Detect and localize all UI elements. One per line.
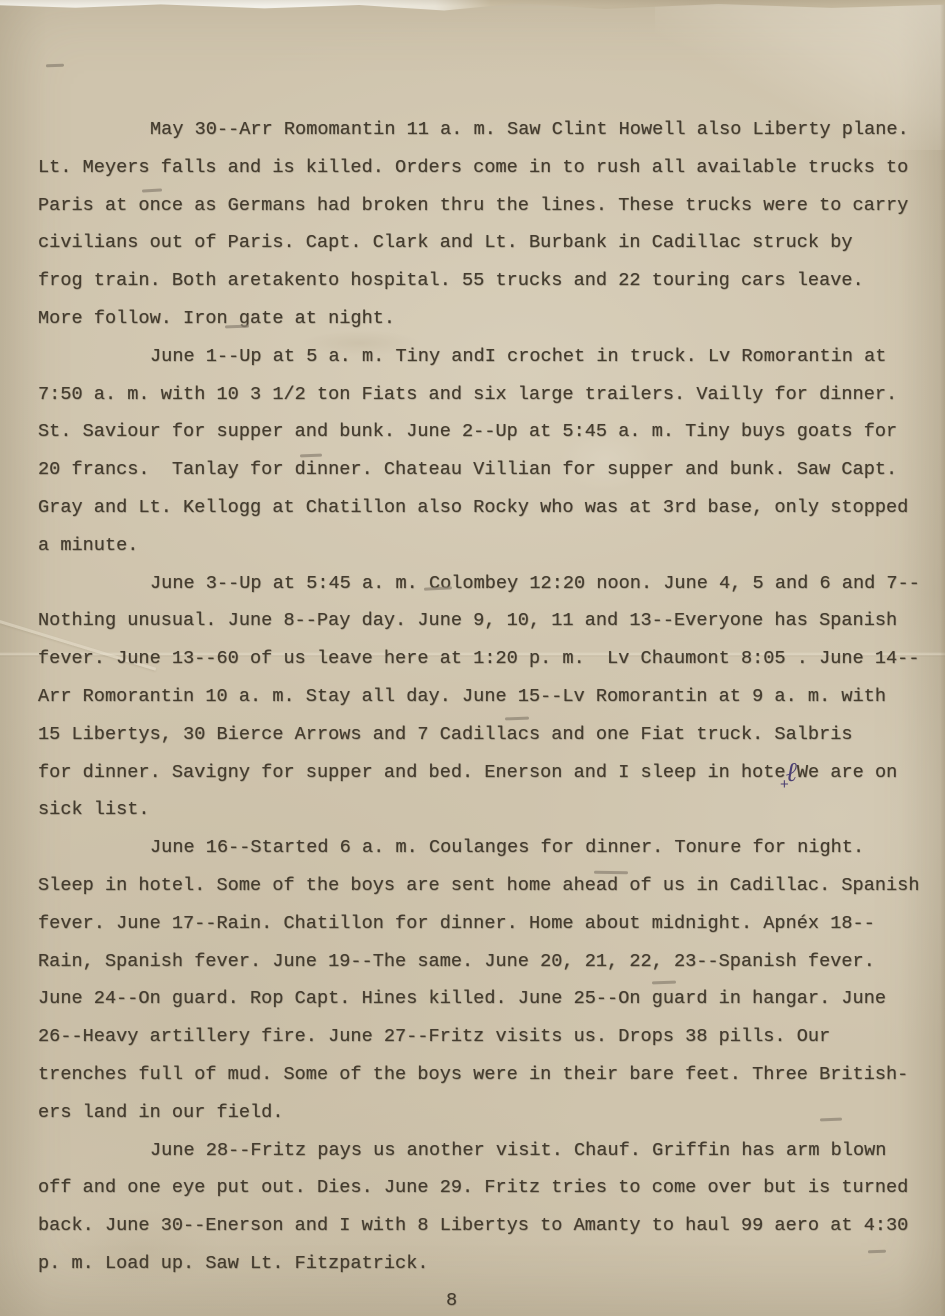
text-line: civilians out of Paris. Capt. Clark and … bbox=[38, 224, 928, 262]
pencil-mark bbox=[594, 871, 628, 875]
text-line: June 3--Up at 5:45 a. m. Colombey 12:20 … bbox=[38, 565, 928, 603]
text-line: June 24--On guard. Rop Capt. Hines kille… bbox=[38, 980, 928, 1018]
scanned-page: May 30--Arr Romomantin 11 a. m. Saw Clin… bbox=[0, 0, 945, 1316]
text-line: Rain, Spanish fever. June 19--The same. … bbox=[38, 943, 928, 981]
pencil-mark bbox=[46, 64, 64, 68]
text-line: June 1--Up at 5 a. m. Tiny andI crochet … bbox=[38, 338, 928, 376]
text-line: ers land in our field. bbox=[38, 1094, 928, 1132]
text-line: 20 francs. Tanlay for dinner. Chateau Vi… bbox=[38, 451, 928, 489]
text-line: fever. June 17--Rain. Chatillon for dinn… bbox=[38, 905, 928, 943]
text-line: June 28--Fritz pays us another visit. Ch… bbox=[38, 1132, 928, 1170]
text-line: fever. June 13--60 of us leave here at 1… bbox=[38, 640, 928, 678]
text-line: a minute. bbox=[38, 527, 928, 565]
paragraph-2: June 1--Up at 5 a. m. Tiny andI crochet … bbox=[38, 338, 928, 565]
paper-top-shadow bbox=[0, 0, 945, 6]
text-line: trenches full of mud. Some of the boys w… bbox=[38, 1056, 928, 1094]
text-line: St. Saviour for supper and bunk. June 2-… bbox=[38, 413, 928, 451]
paper-right-edge bbox=[940, 0, 945, 1316]
typed-text: for dinner. Savigny for supper and bed. … bbox=[38, 762, 786, 783]
text-line: 15 Libertys, 30 Bierce Arrows and 7 Cadi… bbox=[38, 716, 928, 754]
text-line: Sleep in hotel. Some of the boys are sen… bbox=[38, 867, 928, 905]
text-line: Nothing unusual. June 8--Pay day. June 9… bbox=[38, 602, 928, 640]
typed-text: We are on bbox=[797, 762, 897, 783]
text-line: More follow. Iron gate at night. bbox=[38, 300, 928, 338]
text-line: Lt. Meyers falls and is killed. Orders c… bbox=[38, 149, 928, 187]
text-line: Arr Romorantin 10 a. m. Stay all day. Ju… bbox=[38, 678, 928, 716]
paragraph-4: June 16--Started 6 a. m. Coulanges for d… bbox=[38, 829, 928, 1131]
page-number: 8 bbox=[446, 1290, 457, 1311]
text-line: Gray and Lt. Kellogg at Chatillon also R… bbox=[38, 489, 928, 527]
pencil-mark bbox=[868, 1250, 886, 1254]
typewritten-text: May 30--Arr Romomantin 11 a. m. Saw Clin… bbox=[38, 111, 928, 1283]
text-line: back. June 30--Enerson and I with 8 Libe… bbox=[38, 1207, 928, 1245]
text-line: 26--Heavy artillery fire. June 27--Fritz… bbox=[38, 1018, 928, 1056]
text-line: for dinner. Savigny for supper and bed. … bbox=[38, 754, 928, 792]
text-line: Paris at once as Germans had broken thru… bbox=[38, 187, 928, 225]
paragraph-3: June 3--Up at 5:45 a. m. Colombey 12:20 … bbox=[38, 565, 928, 830]
text-line: off and one eye put out. Dies. June 29. … bbox=[38, 1169, 928, 1207]
paragraph-1: May 30--Arr Romomantin 11 a. m. Saw Clin… bbox=[38, 111, 928, 338]
text-line: sick list. bbox=[38, 791, 928, 829]
text-line: June 16--Started 6 a. m. Coulanges for d… bbox=[38, 829, 928, 867]
text-line: 7:50 a. m. with 10 3 1/2 ton Fiats and s… bbox=[38, 376, 928, 414]
text-line: p. m. Load up. Saw Lt. Fitzpatrick. bbox=[38, 1245, 928, 1283]
text-line: frog train. Both aretakento hospital. 55… bbox=[38, 262, 928, 300]
paragraph-5: June 28--Fritz pays us another visit. Ch… bbox=[38, 1132, 928, 1283]
text-line: May 30--Arr Romomantin 11 a. m. Saw Clin… bbox=[38, 111, 928, 149]
